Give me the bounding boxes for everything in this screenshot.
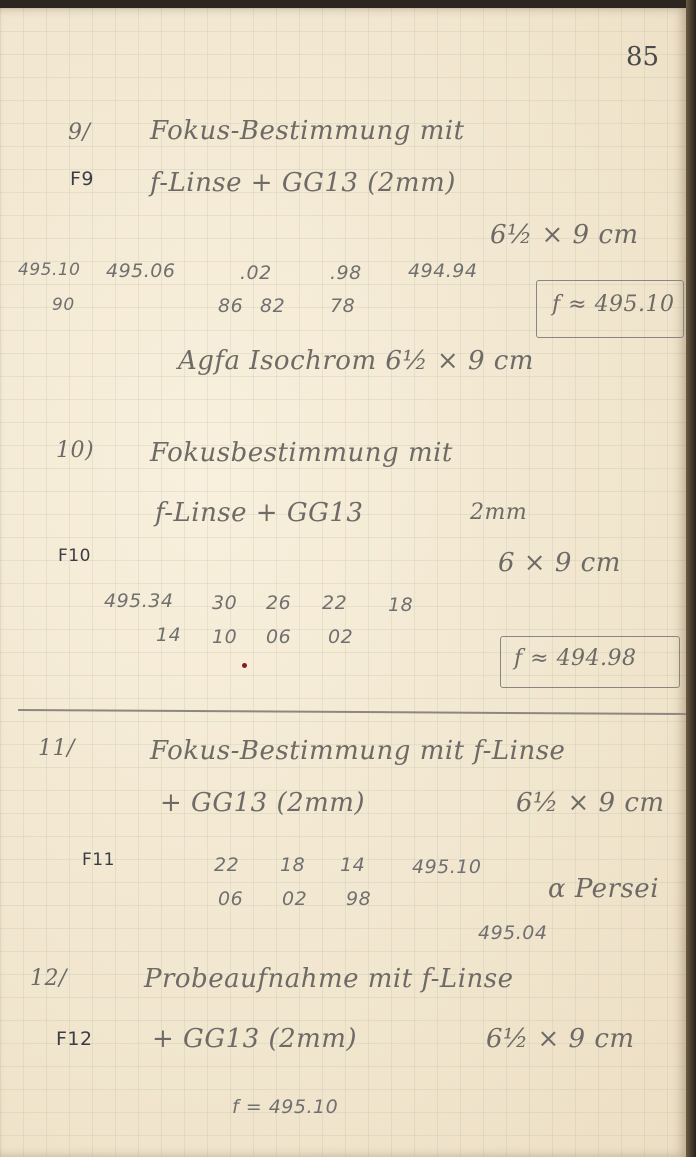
entry-11-reading: 18 bbox=[280, 854, 305, 876]
entry-10-reading: 30 bbox=[212, 592, 237, 614]
entry-11-reading: 98 bbox=[346, 888, 371, 910]
entry-10-reading: 22 bbox=[322, 592, 347, 614]
entry-11-result: 495.04 bbox=[478, 922, 547, 944]
entry-11-film: F11 bbox=[82, 850, 115, 870]
entry-10-format: 6 × 9 cm bbox=[498, 548, 621, 578]
entry-10-reading: 06 bbox=[266, 626, 291, 648]
entry-12-index: 12/ bbox=[30, 966, 67, 991]
entry-10-reading: 10 bbox=[212, 626, 237, 648]
entry-12-format: 6½ × 9 cm bbox=[486, 1024, 635, 1054]
entry-9-line1: Fokus-Bestimmung mit bbox=[150, 116, 465, 146]
entry-10-reading: 14 bbox=[156, 624, 181, 646]
entry-10-film: F10 bbox=[58, 546, 91, 566]
entry-9-index: 9/ bbox=[68, 120, 90, 145]
entry-11-index: 11/ bbox=[38, 736, 75, 761]
notebook-binding-edge bbox=[686, 0, 696, 1157]
entry-11-target: α Persei bbox=[548, 874, 659, 904]
entry-9-result: f ≈ 495.10 bbox=[552, 292, 675, 317]
entry-9-reading: 495.06 bbox=[106, 260, 175, 282]
entry-9-reading: 90 bbox=[52, 295, 75, 315]
entry-9-reading: .98 bbox=[330, 262, 362, 284]
entry-11-line2: + GG13 (2mm) bbox=[160, 788, 365, 818]
entry-12-line1: Probeaufnahme mit f-Linse bbox=[144, 964, 514, 994]
entry-10-index: 10) bbox=[56, 438, 94, 463]
entry-9-reading: .02 bbox=[240, 262, 272, 284]
entry-11-reading: 495.10 bbox=[412, 856, 481, 878]
entry-10-reading: 18 bbox=[388, 594, 413, 616]
entry-9-format: 6½ × 9 cm bbox=[490, 220, 639, 250]
page-number: 85 bbox=[626, 42, 659, 72]
entry-11-reading: 02 bbox=[282, 888, 307, 910]
entry-11-line1: Fokus-Bestimmung mit f-Linse bbox=[150, 736, 565, 766]
entry-12-line2: + GG13 (2mm) bbox=[152, 1024, 357, 1054]
entry-10-line2: f-Linse + GG13 bbox=[155, 498, 363, 528]
entry-9-reading: 78 bbox=[330, 295, 355, 317]
entry-10-result: f ≈ 494.98 bbox=[514, 646, 637, 671]
entry-11-reading: 06 bbox=[218, 888, 243, 910]
entry-9-plate: Agfa Isochrom 6½ × 9 cm bbox=[178, 346, 534, 376]
entry-10-reading: 02 bbox=[328, 626, 353, 648]
entry-9-reading: 82 bbox=[260, 295, 285, 317]
section-divider bbox=[18, 709, 688, 715]
entry-11-format: 6½ × 9 cm bbox=[516, 788, 665, 818]
entry-11-reading: 22 bbox=[214, 854, 239, 876]
entry-9-line2: f-Linse + GG13 (2mm) bbox=[150, 168, 456, 198]
entry-10-reading: 495.34 bbox=[104, 590, 173, 612]
entry-9-film: F9 bbox=[70, 168, 94, 190]
entry-12-film: F12 bbox=[56, 1028, 93, 1050]
entry-10-line1: Fokusbestimmung mit bbox=[150, 438, 453, 468]
ink-spot bbox=[242, 663, 247, 668]
entry-9-reading: 495.10 bbox=[18, 260, 80, 280]
entry-9-reading: 494.94 bbox=[408, 260, 477, 282]
entry-10-thickness: 2mm bbox=[470, 500, 527, 525]
entry-12-result: f = 495.10 bbox=[232, 1096, 338, 1118]
entry-9-reading: 86 bbox=[218, 295, 243, 317]
entry-10-reading: 26 bbox=[266, 592, 291, 614]
entry-11-reading: 14 bbox=[340, 854, 365, 876]
notebook-page: 85 9/ Fokus-Bestimmung mit F9 f-Linse + … bbox=[0, 8, 688, 1157]
